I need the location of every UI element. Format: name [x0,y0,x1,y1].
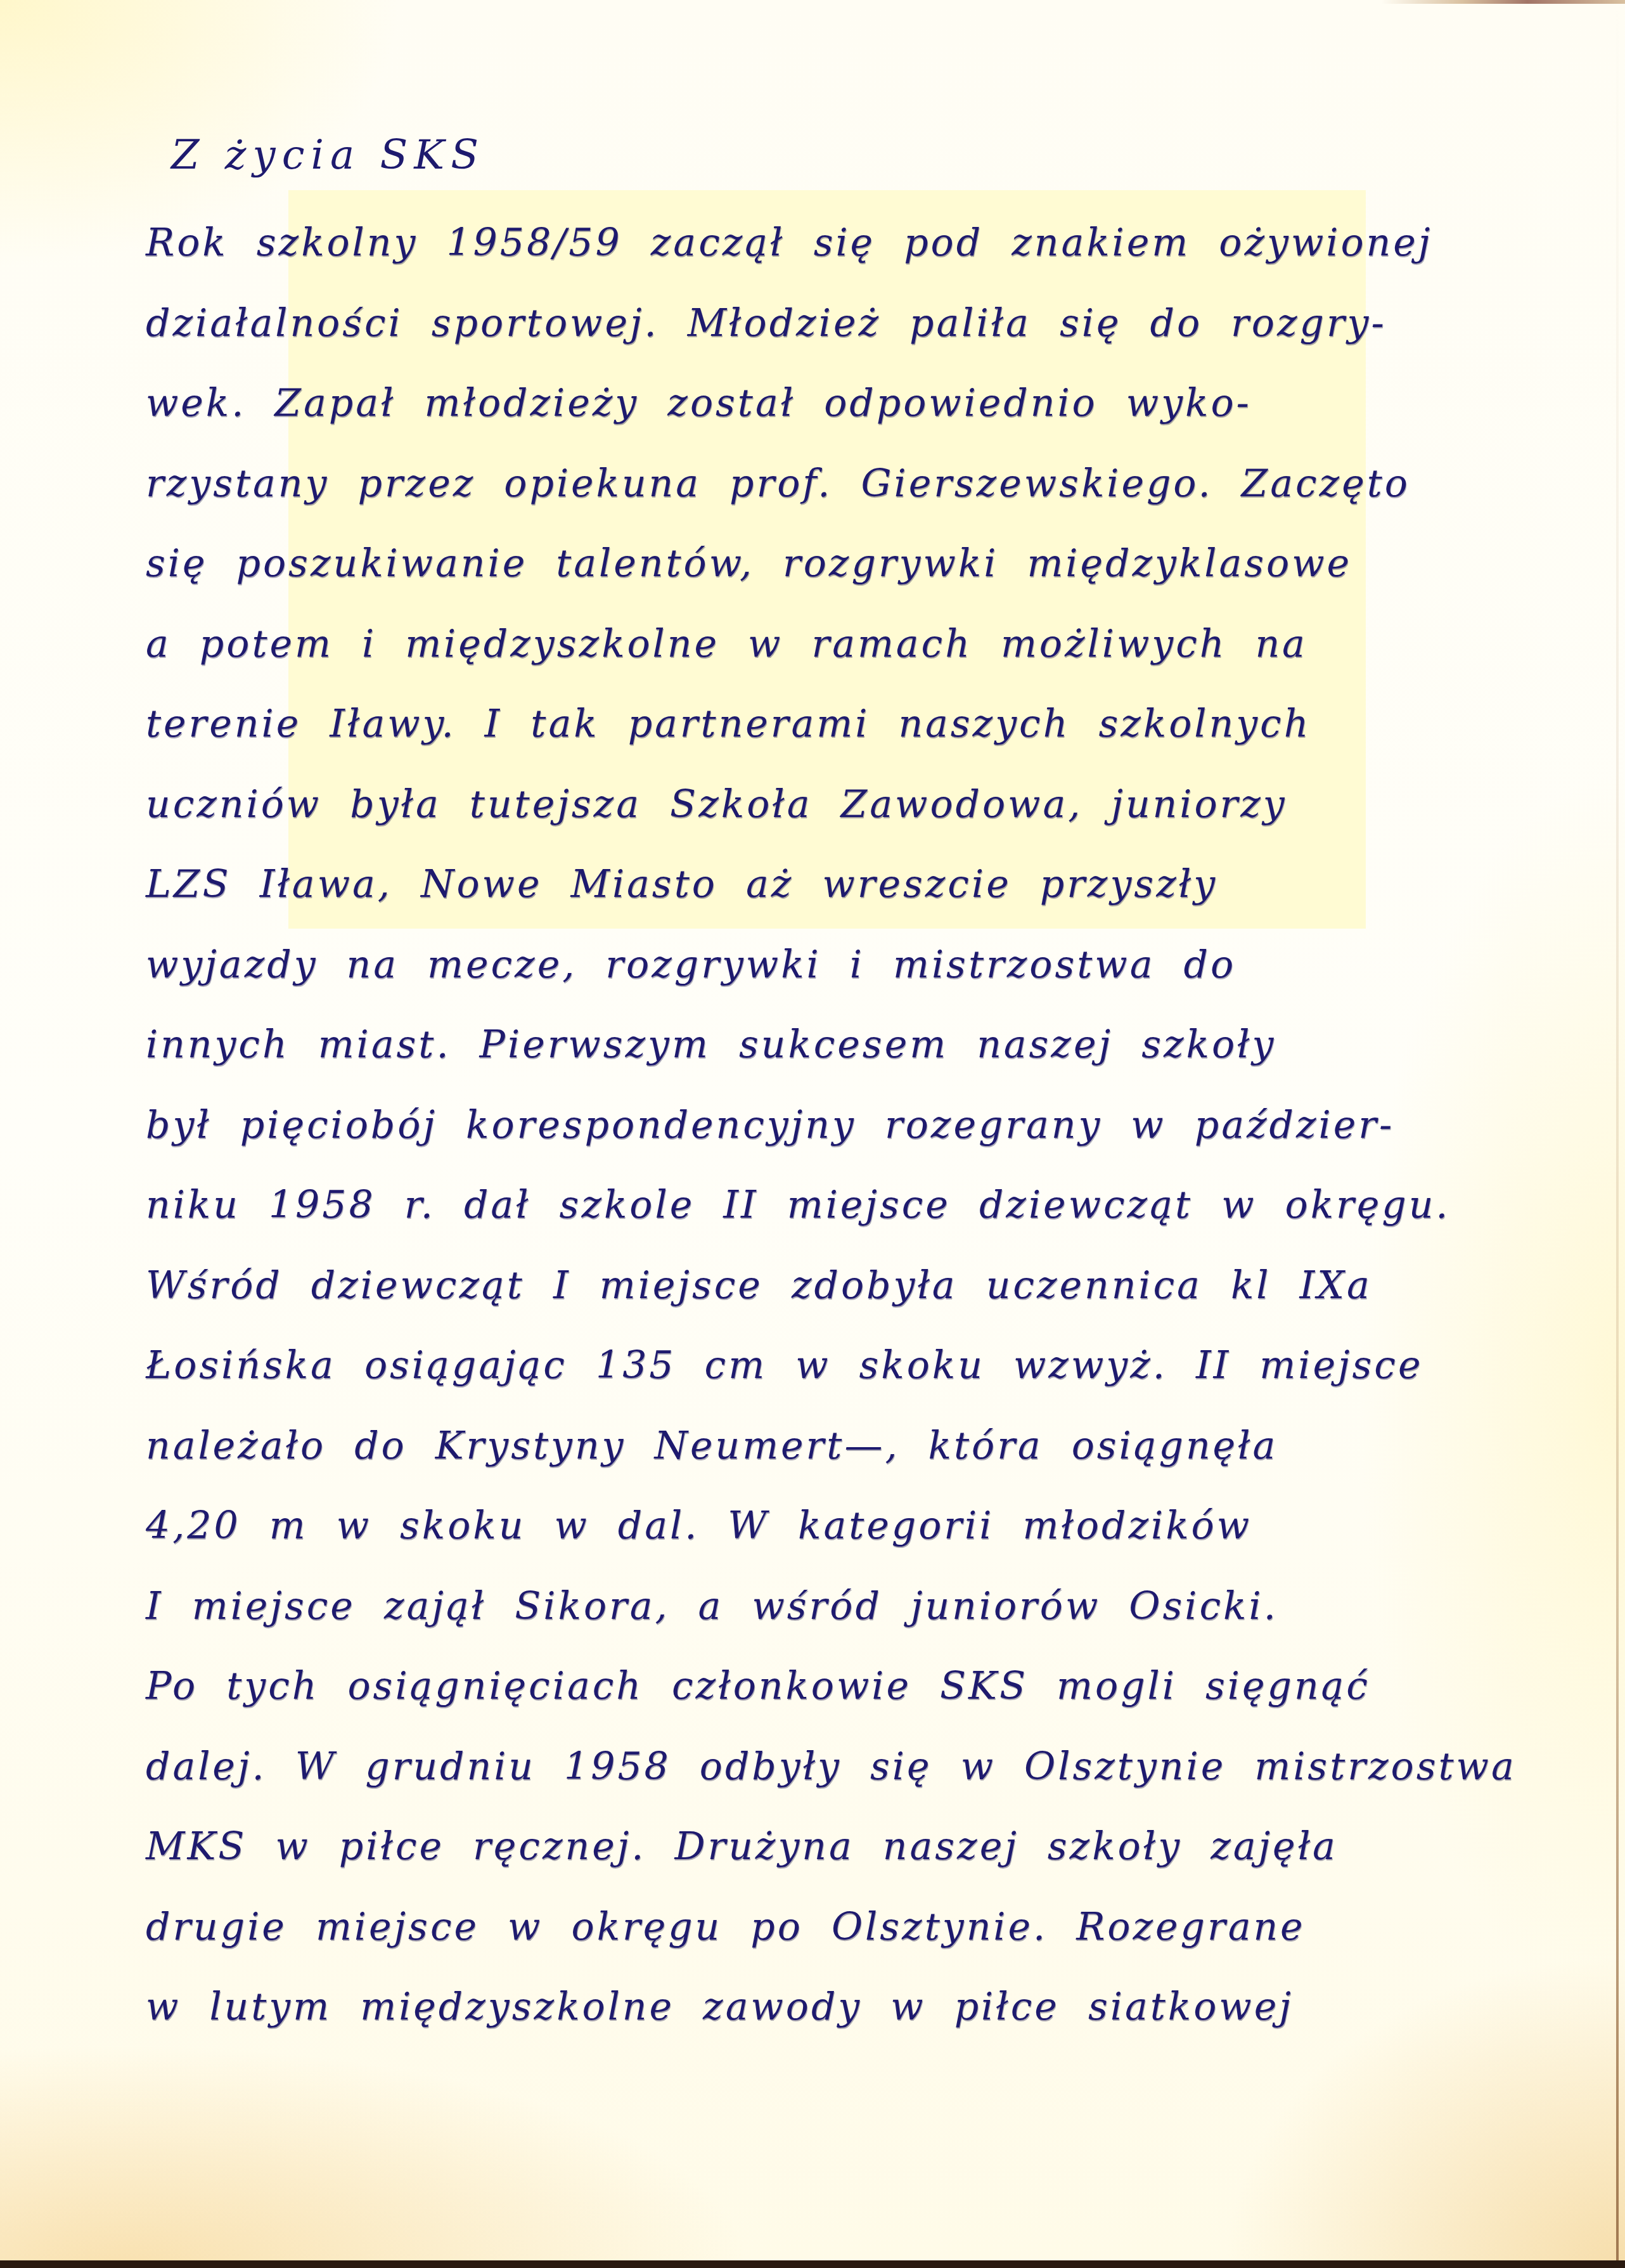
text-lines: Rok szkolny 1958/59 zaczął się pod znaki… [146,203,1515,2047]
page-bottom-edge [0,2260,1625,2268]
page-right-edge [1616,0,1619,2268]
text-line: 4,20 m w skoku w dal. W kategorii młodzi… [146,1486,1515,1566]
text-line: się poszukiwanie talentów, rozgrywki mię… [146,524,1515,604]
text-line: terenie Iławy. I tak partnerami naszych … [146,684,1515,764]
text-line: był pięciobój korespondencyjny rozegrany… [146,1085,1515,1166]
text-line: należało do Krystyny Neumert—, która osi… [146,1406,1515,1486]
text-line: drugie miejsce w okręgu po Olsztynie. Ro… [146,1887,1515,1968]
text-line: uczniów była tutejsza Szkoła Zawodowa, j… [146,764,1515,845]
text-line: dalej. W grudniu 1958 odbyły się w Olszt… [146,1727,1515,1807]
text-line: innych miast. Pierwszym sukcesem naszej … [146,1005,1515,1085]
text-line: Po tych osiągnięciach członkowie SKS mog… [146,1646,1515,1727]
text-line: MKS w piłce ręcznej. Drużyna naszej szko… [146,1807,1515,1887]
text-line: wyjazdy na mecze, rozgrywki i mistrzostw… [146,925,1515,1005]
text-line: a potem i międzyszkolne w ramach możliwy… [146,604,1515,685]
page-title: Z życia SKS [171,108,1515,203]
text-line: LZS Iława, Nowe Miasto aż wreszcie przys… [146,844,1515,925]
text-line: w lutym międzyszkolne zawody w piłce sia… [146,1967,1515,2047]
handwritten-text-block: Z życia SKS Rok szkolny 1958/59 zaczął s… [146,108,1515,2047]
page-top-edge [0,0,1625,4]
text-line: Łosińska osiągając 135 cm w skoku wzwyż.… [146,1325,1515,1406]
paper-page: Z życia SKS Rok szkolny 1958/59 zaczął s… [0,0,1625,2268]
text-line: niku 1958 r. dał szkole II miejsce dziew… [146,1165,1515,1246]
text-line: Wśród dziewcząt I miejsce zdobyła uczenn… [146,1246,1515,1326]
text-line: Rok szkolny 1958/59 zaczął się pod znaki… [146,203,1515,283]
text-line: rzystany przez opiekuna prof. Gierszewsk… [146,444,1515,524]
text-line: I miejsce zajął Sikora, a wśród juniorów… [146,1566,1515,1647]
text-line: wek. Zapał młodzieży został odpowiednio … [146,363,1515,444]
text-line: działalności sportowej. Młodzież paliła … [146,283,1515,364]
